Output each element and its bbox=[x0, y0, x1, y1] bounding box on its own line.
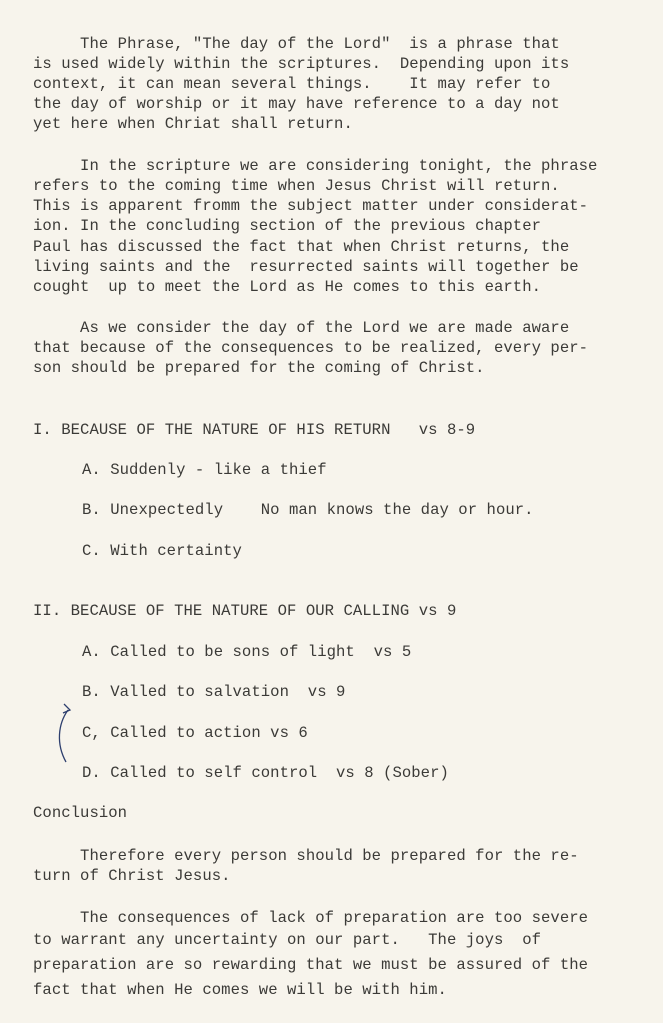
conclusion-heading: Conclusion bbox=[33, 803, 127, 823]
intro-p3-line: that because of the consequences to be r… bbox=[33, 338, 588, 358]
section2-item: C, Called to action vs 6 bbox=[82, 723, 308, 743]
intro-p2-line: refers to the coming time when Jesus Chr… bbox=[33, 176, 560, 196]
intro-p2-line: This is apparent fromm the subject matte… bbox=[33, 196, 588, 216]
intro-p2-line: ion. In the concluding section of the pr… bbox=[33, 216, 541, 236]
intro-p3-line: As we consider the day of the Lord we ar… bbox=[33, 318, 569, 338]
intro-p1-line: is used widely within the scriptures. De… bbox=[33, 54, 569, 74]
intro-p2-line: Paul has discussed the fact that when Ch… bbox=[33, 237, 569, 257]
intro-p1-line: yet here when Chriat shall return. bbox=[33, 114, 353, 134]
section1-item: C. With certainty bbox=[82, 541, 242, 561]
intro-p1-line: The Phrase, "The day of the Lord" is a p… bbox=[33, 34, 560, 54]
section2-item: B. Valled to salvation vs 9 bbox=[82, 682, 345, 702]
section1-item: B. Unexpectedly No man knows the day or … bbox=[82, 500, 534, 520]
conclusion-p2-line: fact that when He comes we will be with … bbox=[33, 980, 447, 1000]
intro-p1-line: the day of worship or it may have refere… bbox=[33, 94, 560, 114]
section1-heading: I. BECAUSE OF THE NATURE OF HIS RETURN v… bbox=[33, 420, 475, 440]
intro-p1-line: context, it can mean several things. It … bbox=[33, 74, 550, 94]
section1-item: A. Suddenly - like a thief bbox=[82, 460, 327, 480]
typewritten-page: The Phrase, "The day of the Lord" is a p… bbox=[0, 0, 663, 1023]
conclusion-p2-line: to warrant any uncertainty on our part. … bbox=[33, 930, 541, 950]
section2-item: D. Called to self control vs 8 (Sober) bbox=[82, 763, 449, 783]
intro-p2-line: cought up to meet the Lord as He comes t… bbox=[33, 277, 541, 297]
conclusion-p2-line: The consequences of lack of preparation … bbox=[33, 908, 588, 928]
intro-p3-line: son should be prepared for the coming of… bbox=[33, 358, 485, 378]
intro-p2-line: living saints and the resurrected saints… bbox=[33, 257, 579, 277]
handwritten-bracket-arrow-icon bbox=[52, 702, 92, 772]
section2-item: A. Called to be sons of light vs 5 bbox=[82, 642, 411, 662]
section2-heading: II. BECAUSE OF THE NATURE OF OUR CALLING… bbox=[33, 601, 456, 621]
conclusion-p2-line: preparation are so rewarding that we mus… bbox=[33, 955, 588, 975]
intro-p2-line: In the scripture we are considering toni… bbox=[33, 156, 597, 176]
conclusion-p1-line: Therefore every person should be prepare… bbox=[33, 846, 579, 866]
conclusion-p1-line: turn of Christ Jesus. bbox=[33, 866, 231, 886]
